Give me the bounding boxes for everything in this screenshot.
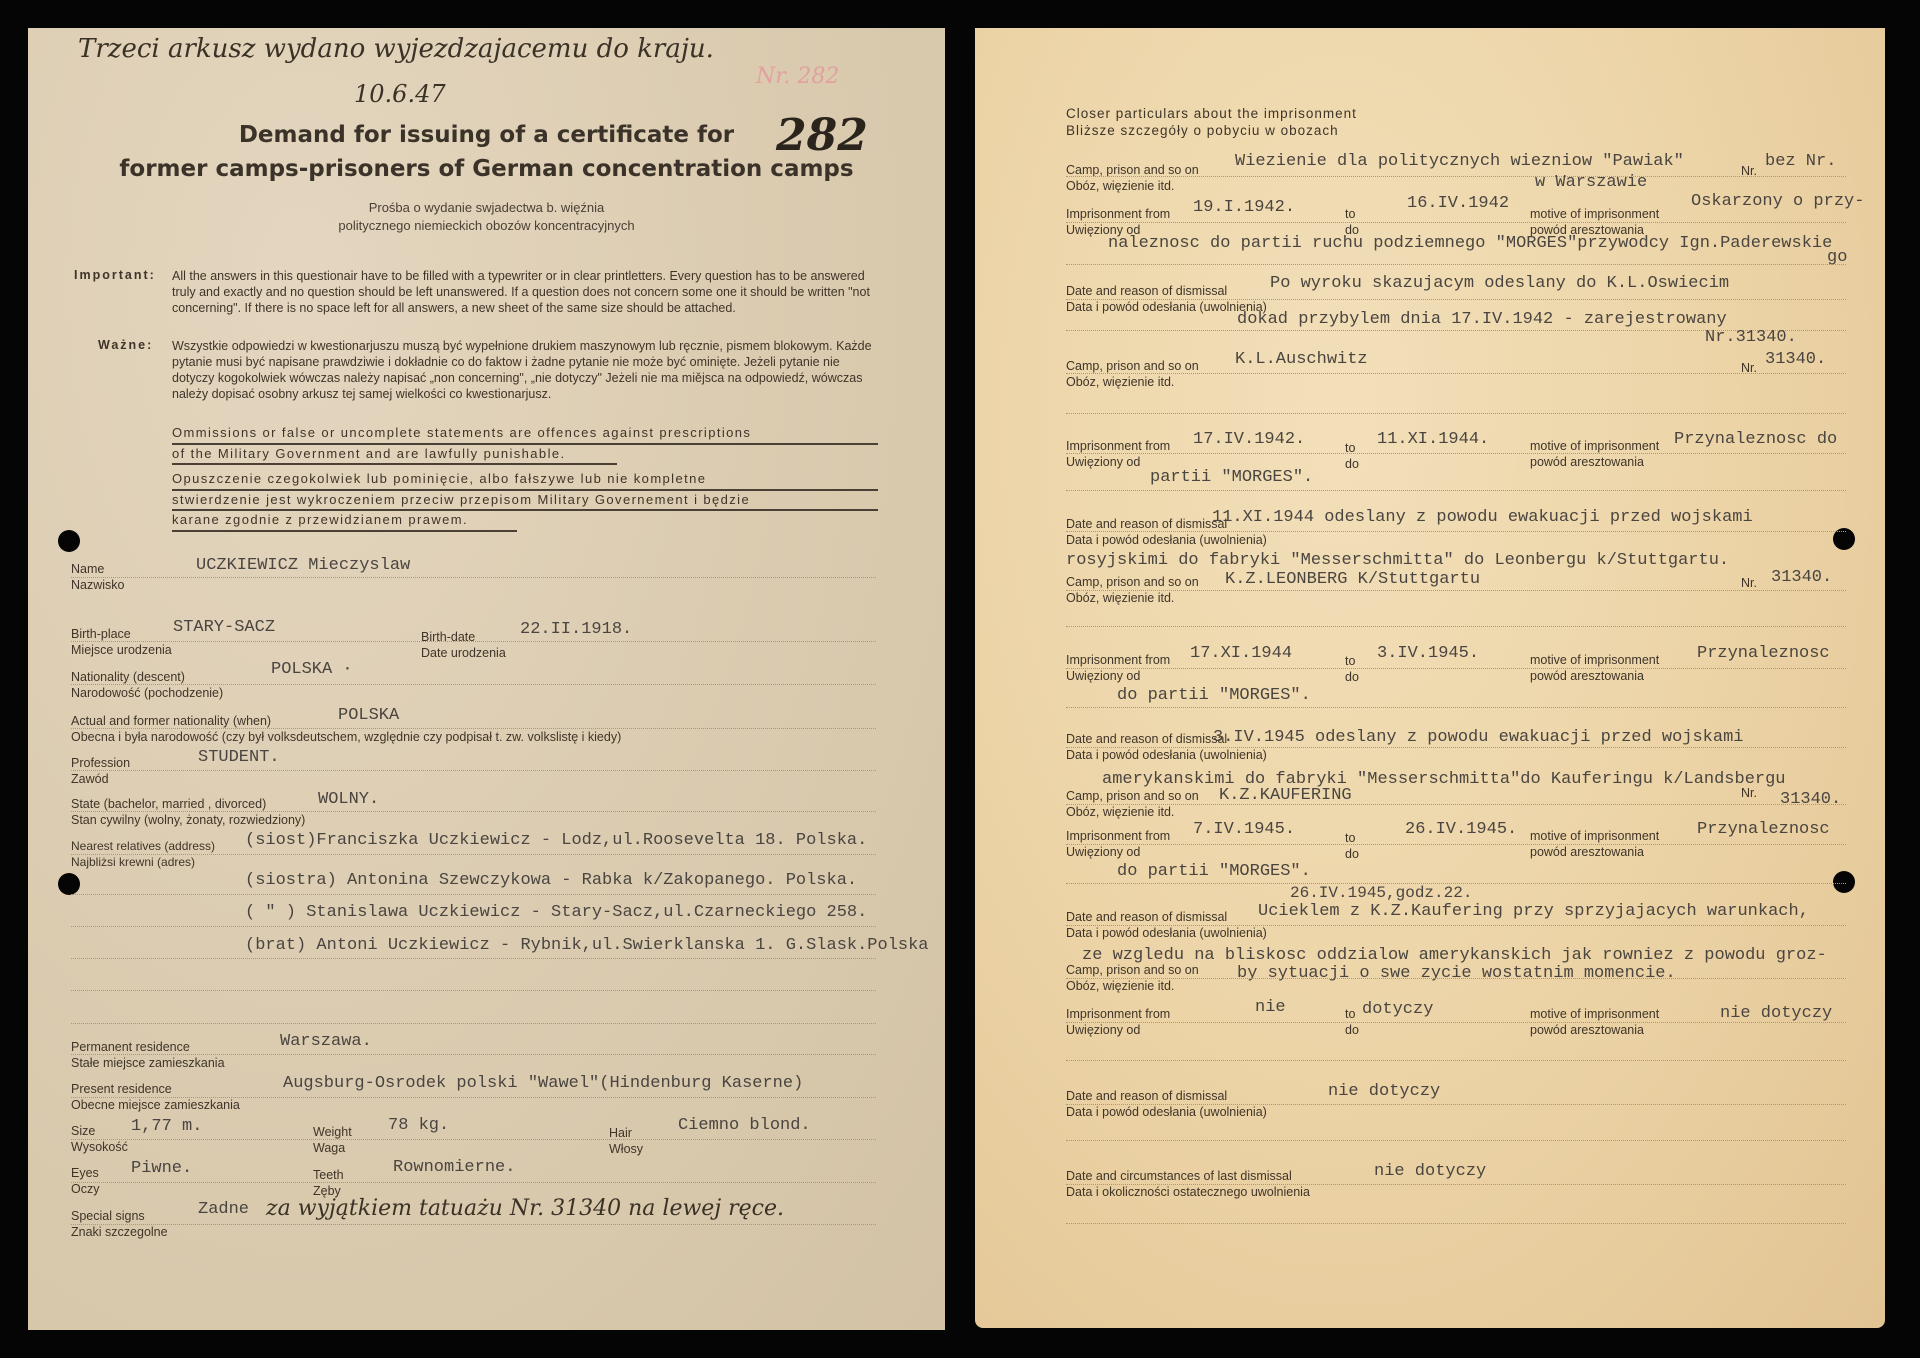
handwritten-note: Trzeci arkusz wydano wyjezdzajacemu do k… xyxy=(78,34,714,64)
from-value: nie xyxy=(1255,998,1286,1017)
from-value: 17.IV.1942. xyxy=(1193,430,1305,449)
relative-entry: (brat) Antoni Uczkiewicz - Rybnik,ul.Swi… xyxy=(245,936,929,955)
state-label: State (bachelor, married , divorced)Stan… xyxy=(71,796,305,828)
to-label: todo xyxy=(1345,440,1359,472)
motive-continuation: naleznosc do partii ruchu podziemnego "M… xyxy=(1108,234,1832,253)
warning-pl-line: stwierdzenie jest wykroczeniem przeciw p… xyxy=(172,491,878,512)
birth-date-label: Birth-dateDate urodzenia xyxy=(421,629,506,661)
form-title-line1: Demand for issuing of a certificate for xyxy=(28,122,945,148)
present-residence-value: Augsburg-Osrodek polski "Wawel"(Hindenbu… xyxy=(283,1074,803,1093)
camp-label: Camp, prison and so onObóz, więzienie it… xyxy=(1066,162,1199,194)
dismissal-continuation: by sytuacji o swe zycie wostatnim momenc… xyxy=(1237,964,1676,983)
warning-pl-line: Opuszczenie czegokolwiek lub pominięcie,… xyxy=(172,470,878,491)
field-line xyxy=(1066,626,1846,627)
form-page-back: Closer particulars about the imprisonmen… xyxy=(975,28,1885,1328)
field-line xyxy=(71,854,876,855)
birth-place-value: STARY-SACZ xyxy=(173,618,275,637)
form-subtitle-line1: Prośba o wydanie swjadectwa b. więźnia xyxy=(28,200,945,215)
field-line xyxy=(1066,1184,1846,1185)
birth-place-label: Birth-placeMiejsce urodzenia xyxy=(71,626,172,658)
camp-value: K.Z.LEONBERG K/Stuttgartu xyxy=(1225,570,1480,589)
section-header-en: Closer particulars about the imprisonmen… xyxy=(1066,106,1357,121)
size-value: 1,77 m. xyxy=(131,1117,202,1136)
field-line xyxy=(71,684,876,685)
nr-label: Nr. xyxy=(1741,576,1757,590)
from-value: 7.IV.1945. xyxy=(1193,820,1295,839)
imprisonment-from-label: Imprisonment fromUwięziony od xyxy=(1066,438,1170,470)
field-line xyxy=(1066,1060,1846,1061)
field-line xyxy=(1066,978,1846,979)
field-line xyxy=(1066,531,1846,532)
relative-entry: (siostra) Antonina Szewczykowa - Rabka k… xyxy=(245,871,857,890)
special-signs-typed-value: Zadne xyxy=(198,1200,249,1219)
wazne-text: Wszystkie odpowiedzi w kwestionarjuszu m… xyxy=(172,338,878,402)
nr-label: Nr. xyxy=(1741,786,1757,800)
field-line xyxy=(71,1139,876,1140)
warning-pl-line: karane zgodnie z przewidzianem prawem. xyxy=(172,511,517,532)
nationality-value: POLSKA · xyxy=(271,660,353,679)
camp-value-line2: w Warszawie xyxy=(1535,173,1647,192)
field-line xyxy=(1066,668,1846,669)
profession-value: STUDENT. xyxy=(198,748,280,767)
motive-value: Oskarzony o przy- xyxy=(1691,192,1864,211)
camp-label: Camp, prison and so onObóz, więzienie it… xyxy=(1066,358,1199,390)
motive-label: motive of imprisonmentpowód aresztowania xyxy=(1530,438,1659,470)
relative-entry: ( " ) Stanislawa Uczkiewicz - Stary-Sacz… xyxy=(245,903,867,922)
profession-label: ProfessionZawód xyxy=(71,755,130,787)
field-line xyxy=(1066,222,1846,223)
field-line xyxy=(71,926,876,927)
field-line xyxy=(1066,590,1846,591)
field-line xyxy=(71,811,876,812)
hair-label: HairWłosy xyxy=(609,1125,643,1157)
birth-date-value: 22.II.1918. xyxy=(520,620,632,639)
field-line xyxy=(71,770,876,771)
field-line xyxy=(1066,707,1846,708)
motive-value: Przynaleznosc xyxy=(1697,820,1830,839)
motive-value: Przynaleznosc xyxy=(1697,644,1830,663)
field-line xyxy=(1066,1223,1846,1224)
dismissal-value: 11.XI.1944 odeslany z powodu ewakuacji p… xyxy=(1212,508,1753,527)
field-line xyxy=(1066,844,1846,845)
nr-value: 31340. xyxy=(1780,790,1841,809)
important-text: All the answers in this questionair have… xyxy=(172,268,878,316)
punch-hole xyxy=(58,530,80,552)
field-line xyxy=(71,1054,876,1055)
dismissal-continuation: Nr.31340. xyxy=(1705,328,1797,347)
motive-value: nie dotyczy xyxy=(1720,1004,1832,1023)
teeth-value: Rownomierne. xyxy=(393,1158,515,1177)
nr-value: 31340. xyxy=(1771,568,1832,587)
form-page-front: Trzeci arkusz wydano wyjezdzajacemu do k… xyxy=(28,28,945,1330)
field-line xyxy=(1066,453,1846,454)
field-line xyxy=(1066,373,1846,374)
form-subtitle-line2: politycznego niemieckich obozów koncentr… xyxy=(28,218,945,233)
field-line xyxy=(71,894,876,895)
eyes-label: EyesOczy xyxy=(71,1165,99,1197)
nationality-label: Nationality (descent)Narodowość (pochodz… xyxy=(71,669,223,701)
warning-en-line: of the Military Government and are lawfu… xyxy=(172,445,617,466)
warning-polish: Opuszczenie czegokolwiek lub pominięcie,… xyxy=(172,470,878,532)
motive-continuation: do partii "MORGES". xyxy=(1117,862,1311,881)
camp-value: K.L.Auschwitz xyxy=(1235,350,1368,369)
wazne-label: Ważne: xyxy=(98,338,153,352)
red-stamp-number: Nr. 282 xyxy=(756,64,839,89)
important-label: Important: xyxy=(74,268,156,282)
permanent-residence-value: Warszawa. xyxy=(280,1032,372,1051)
to-value: 26.IV.1945. xyxy=(1405,820,1517,839)
state-value: WOLNY. xyxy=(318,790,379,809)
field-line xyxy=(1066,1104,1846,1105)
field-line xyxy=(71,641,876,642)
camp-value: K.Z.KAUFERING xyxy=(1219,786,1352,805)
field-line xyxy=(1066,1022,1846,1023)
dismissal-continuation: amerykanskimi do fabryki "Messerschmitta… xyxy=(1102,770,1786,789)
handwritten-date: 10.6.47 xyxy=(354,80,446,108)
dismissal-value: nie dotyczy xyxy=(1328,1082,1440,1101)
dismissal-date: 26.IV.1945,godz.22. xyxy=(1290,884,1472,902)
to-value: 16.IV.1942 xyxy=(1407,194,1509,213)
actual-nationality-value: POLSKA xyxy=(338,706,399,725)
field-line xyxy=(71,1182,876,1183)
camp-value: Wiezienie dla politycznych wiezniow "Paw… xyxy=(1235,152,1684,171)
field-line xyxy=(71,577,876,578)
dismissal-continuation: dokad przybylem dnia 17.IV.1942 - zareje… xyxy=(1237,310,1727,329)
dismissal-value: 3.IV.1945 odeslany z powodu ewakuacji pr… xyxy=(1213,728,1744,747)
warning-en-line: Ommissions or false or uncomplete statem… xyxy=(172,424,878,445)
weight-label: WeightWaga xyxy=(313,1124,352,1156)
relative-entry: (siost)Franciszka Uczkiewicz - Lodz,ul.R… xyxy=(245,831,867,850)
to-label: todo xyxy=(1345,653,1359,685)
punch-hole xyxy=(1833,871,1855,893)
last-dismissal-value: nie dotyczy xyxy=(1374,1162,1486,1181)
field-line xyxy=(71,1097,876,1098)
field-line xyxy=(1066,1140,1846,1141)
section-header-pl: Bliższe szczegóły o pobyciu w obozach xyxy=(1066,123,1339,138)
warning-english: Ommissions or false or uncomplete statem… xyxy=(172,424,878,465)
weight-value: 78 kg. xyxy=(388,1116,449,1135)
from-value: 19.I.1942. xyxy=(1193,198,1295,217)
to-value: 3.IV.1945. xyxy=(1377,644,1479,663)
form-title-line2: former camps-prisoners of German concent… xyxy=(28,156,945,182)
name-value: UCZKIEWICZ Mieczyslaw xyxy=(196,556,410,575)
to-label: todo xyxy=(1345,830,1359,862)
field-line xyxy=(71,990,876,991)
field-line xyxy=(1066,299,1846,300)
hair-value: Ciemno blond. xyxy=(678,1116,811,1135)
punch-hole xyxy=(58,873,80,895)
field-line xyxy=(71,1023,876,1024)
field-line xyxy=(1066,176,1846,177)
field-line xyxy=(1066,264,1846,265)
to-value: dotyczy xyxy=(1362,1000,1433,1019)
dismissal-value: Ucieklem z K.Z.Kaufering przy sprzyjajac… xyxy=(1258,902,1809,921)
special-signs-handwritten-value: za wyjątkiem tatuażu Nr. 31340 na lewej … xyxy=(266,1196,784,1221)
field-line xyxy=(1066,413,1846,414)
dismissal-value: Po wyroku skazujacym odeslany do K.L.Osw… xyxy=(1270,274,1729,293)
field-line xyxy=(1066,490,1846,491)
field-line xyxy=(71,1224,876,1225)
dismissal-continuation: rosyjskimi do fabryki "Messerschmitta" d… xyxy=(1066,551,1729,570)
field-line xyxy=(1066,747,1846,748)
field-line xyxy=(1066,925,1846,926)
eyes-value: Piwne. xyxy=(131,1159,192,1178)
nr-value: bez Nr. xyxy=(1765,152,1836,171)
motive-value: Przynaleznosc do xyxy=(1674,430,1837,449)
field-line xyxy=(71,958,876,959)
field-line xyxy=(71,728,876,729)
to-value: 11.XI.1944. xyxy=(1377,430,1489,449)
motive-continuation: do partii "MORGES". xyxy=(1117,686,1311,705)
teeth-label: TeethZęby xyxy=(313,1167,344,1199)
field-line xyxy=(1066,804,1846,805)
nr-value: 31340. xyxy=(1765,350,1826,369)
from-value: 17.XI.1944 xyxy=(1190,644,1292,663)
motive-continuation: partii "MORGES". xyxy=(1150,468,1313,487)
permanent-residence-label: Permanent residenceStałe miejsce zamiesz… xyxy=(71,1039,225,1071)
